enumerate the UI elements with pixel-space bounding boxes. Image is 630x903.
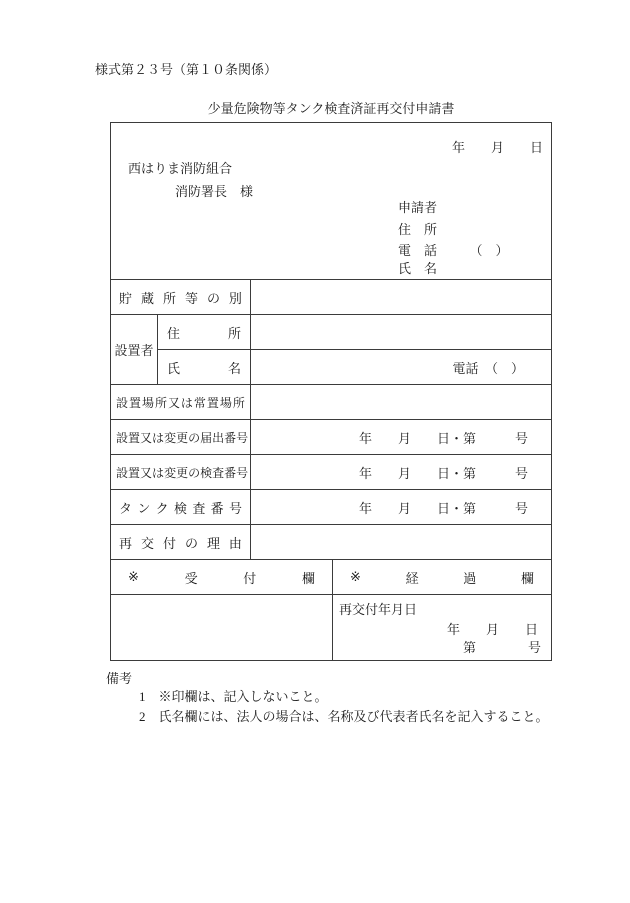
reissue-number-line: 第 号 — [463, 641, 541, 655]
progress-header-cell: ※経過欄 — [333, 560, 551, 594]
reception-cell — [111, 595, 333, 660]
progress-column-header: ※経過欄 — [333, 568, 551, 587]
storage-type-label-cell: 貯蔵所等の別 — [111, 280, 251, 314]
office-use-header-row: ※受付欄 ※経過欄 — [111, 559, 551, 594]
location-value — [251, 385, 551, 419]
tank-number-label: タンク検査番号 — [111, 498, 250, 517]
remarks-title: 備考 — [106, 672, 132, 686]
reissue-reason-label-cell: 再交付の理由 — [111, 525, 251, 559]
reception-header-cell: ※受付欄 — [111, 560, 333, 594]
installer-name-label-cell: 氏名 — [158, 350, 251, 384]
header-section: 年 月 日 西はりま消防組合 消防署長 様 申請者 住 所 電 話 （ ） 氏 … — [111, 123, 551, 279]
office-use-body-row: 再交付年月日 年 月 日 第 号 — [111, 594, 551, 660]
addressee: 消防署長 様 — [175, 185, 253, 199]
installer-name-value: 電話 （ ） — [251, 350, 551, 384]
reissue-reason-label: 再交付の理由 — [111, 533, 250, 552]
installer-row: 設置者 住所 氏名 電話 （ ） — [111, 314, 551, 384]
location-label: 設置場所又は常置場所 — [111, 394, 250, 411]
installer-label: 設置者 — [111, 315, 158, 384]
inspection-number-label: 設置又は変更の検査番号 — [111, 464, 250, 481]
notification-number-row: 設置又は変更の届出番号 年 月 日・第 号 — [111, 419, 551, 454]
applicant-address-label: 住 所 — [398, 223, 437, 237]
applicant-phone-label: 電 話 （ ） — [398, 244, 509, 258]
storage-type-value — [251, 280, 551, 314]
notification-number-value: 年 月 日・第 号 — [251, 420, 551, 454]
progress-cell: 再交付年月日 年 月 日 第 号 — [333, 595, 551, 660]
reception-column-header: ※受付欄 — [111, 568, 332, 587]
form-document-page: 様式第２３号（第１０条関係） 少量危険物等タンク検査済証再交付申請書 年 月 日… — [0, 0, 630, 903]
reissue-date-line: 年 月 日 — [447, 623, 538, 637]
reissue-reason-value — [251, 525, 551, 559]
installer-phone-label: 電話 （ ） — [452, 358, 524, 377]
installer-name-row: 氏名 電話 （ ） — [158, 349, 551, 384]
form-number: 様式第２３号（第１０条関係） — [95, 63, 277, 77]
inspection-number-row: 設置又は変更の検査番号 年 月 日・第 号 — [111, 454, 551, 489]
notification-number-label: 設置又は変更の届出番号 — [111, 429, 250, 446]
application-table: 年 月 日 西はりま消防組合 消防署長 様 申請者 住 所 電 話 （ ） 氏 … — [110, 122, 552, 661]
org-name: 西はりま消防組合 — [128, 162, 232, 176]
tank-number-row: タンク検査番号 年 月 日・第 号 — [111, 489, 551, 524]
reissue-date-label: 再交付年月日 — [339, 603, 417, 617]
tank-number-label-cell: タンク検査番号 — [111, 490, 251, 524]
installer-address-label-cell: 住所 — [158, 315, 251, 349]
remark-item-2: 2 氏名欄には、法人の場合は、名称及び代表者氏名を記入すること。 — [139, 710, 549, 724]
installer-name-label: 氏名 — [158, 358, 250, 377]
reissue-reason-row: 再交付の理由 — [111, 524, 551, 559]
notification-number-label-cell: 設置又は変更の届出番号 — [111, 420, 251, 454]
form-title: 少量危険物等タンク検査済証再交付申請書 — [110, 102, 552, 116]
installer-address-value — [251, 315, 551, 349]
applicant-name-label: 氏 名 — [398, 262, 437, 276]
installer-subtable: 住所 氏名 電話 （ ） — [158, 315, 551, 384]
remark-item-1: 1 ※印欄は、記入しないこと。 — [139, 690, 328, 704]
date-line: 年 月 日 — [452, 141, 543, 155]
storage-type-row: 貯蔵所等の別 — [111, 279, 551, 314]
installer-address-label: 住所 — [158, 323, 250, 342]
installer-address-row: 住所 — [158, 315, 551, 349]
applicant-label: 申請者 — [398, 201, 437, 215]
tank-number-value: 年 月 日・第 号 — [251, 490, 551, 524]
location-label-cell: 設置場所又は常置場所 — [111, 385, 251, 419]
inspection-number-value: 年 月 日・第 号 — [251, 455, 551, 489]
location-row: 設置場所又は常置場所 — [111, 384, 551, 419]
inspection-number-label-cell: 設置又は変更の検査番号 — [111, 455, 251, 489]
storage-type-label: 貯蔵所等の別 — [111, 288, 250, 307]
